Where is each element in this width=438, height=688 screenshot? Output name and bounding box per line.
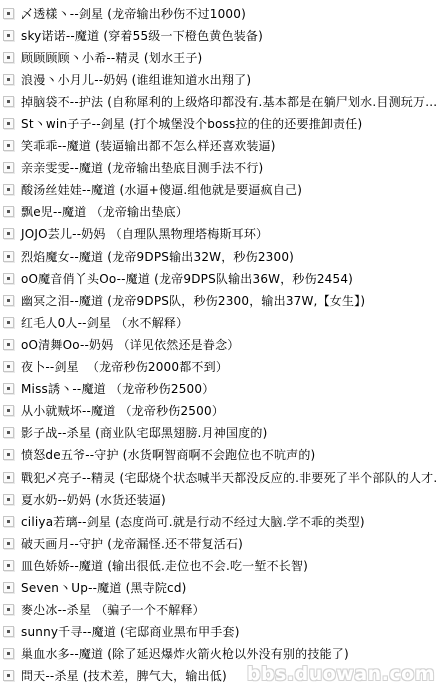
- bullet-dot: [7, 674, 10, 677]
- list-bullet-icon: [3, 8, 14, 19]
- list-bullet-icon: [3, 273, 14, 284]
- list-bullet-icon: [3, 383, 14, 394]
- list-bullet-icon: [3, 538, 14, 549]
- bullet-dot: [7, 299, 10, 302]
- list-bullet-icon: [3, 670, 14, 681]
- list-item-text: 幽冥之泪--魔道 (龙帝9DPS队，秒伤2300，输出37W,【女生】): [21, 292, 365, 309]
- list-bullet-icon: [3, 30, 14, 41]
- list-bullet-icon: [3, 118, 14, 129]
- list-item-text: 戰犯乄亮子--精灵 (宅邸烧个状态喊半天都没反应的.非要死了半个部队的人才...: [21, 469, 438, 486]
- list-item-text: 皿色娇娇--魔道 (输出很低.走位也不会.吃一堑不长智): [21, 557, 308, 574]
- list-bullet-icon: [3, 74, 14, 85]
- bullet-dot: [7, 100, 10, 103]
- list-bullet-icon: [3, 427, 14, 438]
- list-bullet-icon: [3, 648, 14, 659]
- bullet-dot: [7, 652, 10, 655]
- bullet-dot: [7, 498, 10, 501]
- bullet-dot: [7, 232, 10, 235]
- bullet-dot: [7, 188, 10, 191]
- player-list: 乄透樣丶--剑星 (龙帝输出秒伤不过1000) sky诺诺--魔道 (穿着55级…: [0, 0, 438, 687]
- list-item-text: 問天--杀星 (技术差，脾气大，输出低): [21, 667, 227, 684]
- list-bullet-icon: [3, 251, 14, 262]
- list-item: 乄透樣丶--剑星 (龙帝输出秒伤不过1000): [0, 2, 438, 24]
- bullet-dot: [7, 431, 10, 434]
- list-item-text: 酸汤丝娃娃--魔道 (水逼+傻逼.组他就是要逼疯自己): [21, 181, 302, 198]
- list-item: sunny千寻--魔道 (宅邸商业黑布甲手套): [0, 621, 438, 643]
- list-item: ciliya若璃--剑星 (态度尚可.就是行动不经过大脑.学不乖的类型): [0, 510, 438, 532]
- list-bullet-icon: [3, 162, 14, 173]
- list-item: St丶win子子--剑星 (打个城堡没个boss拉的住的还要推卸责任): [0, 112, 438, 134]
- list-bullet-icon: [3, 582, 14, 593]
- list-item: 麥尐冰--杀星 （骗子一个不解释）: [0, 599, 438, 621]
- list-item-text: oO清舞Oo--奶妈 （详见依然还是眷念）: [21, 336, 239, 353]
- bullet-dot: [7, 608, 10, 611]
- list-bullet-icon: [3, 494, 14, 505]
- list-item-text: Miss誘丶--魔道 （龙帝秒伤2500）: [21, 380, 214, 397]
- bullet-dot: [7, 34, 10, 37]
- list-item-text: 飘e児--魔道 （龙帝输出垫底）: [21, 203, 188, 220]
- list-item-text: sunny千寻--魔道 (宅邸商业黑布甲手套): [21, 623, 240, 640]
- list-item: JOJO芸儿--奶妈 （自理队黑物理塔梅斯耳环）: [0, 223, 438, 245]
- list-bullet-icon: [3, 184, 14, 195]
- list-item: 浪漫丶小月儿--奶妈 (谁组谁知道水出翔了): [0, 68, 438, 90]
- list-item: 掉脑袋不--护法 (自称犀利的上级烙印都没有.基本都是在躺尸划水.目测玩万...: [0, 90, 438, 112]
- bullet-dot: [7, 78, 10, 81]
- list-item-text: JOJO芸儿--奶妈 （自理队黑物理塔梅斯耳环）: [21, 225, 268, 242]
- list-bullet-icon: [3, 361, 14, 372]
- list-item: 夏水奶--奶妈 (水货还装逼): [0, 488, 438, 510]
- bullet-dot: [7, 630, 10, 633]
- list-item-text: 愤怒de五爷--守护 (水货啊智商啊不会跑位也不吭声的): [21, 446, 315, 463]
- list-bullet-icon: [3, 604, 14, 615]
- bullet-dot: [7, 409, 10, 412]
- list-item-text: 烈焰魔女--魔道 (龙帝9DPS输出32W，秒伤2300): [21, 248, 294, 265]
- list-bullet-icon: [3, 626, 14, 637]
- list-item-text: 从小就贼坏--魔道 （龙帝秒伤2500）: [21, 402, 224, 419]
- list-item: 从小就贼坏--魔道 （龙帝秒伤2500）: [0, 400, 438, 422]
- list-bullet-icon: [3, 449, 14, 460]
- list-item: sky诺诺--魔道 (穿着55级一下橙色黄色装备): [0, 24, 438, 46]
- list-item: Seven丶Up--魔道 (黑寺院cd): [0, 576, 438, 598]
- list-item-text: 影子战--杀星 (商业队宅邸黑翅膀.月神国度的): [21, 424, 267, 441]
- list-item: 幽冥之泪--魔道 (龙帝9DPS队，秒伤2300，输出37W,【女生】): [0, 289, 438, 311]
- list-bullet-icon: [3, 140, 14, 151]
- list-bullet-icon: [3, 560, 14, 571]
- list-item-text: St丶win子子--剑星 (打个城堡没个boss拉的住的还要推卸责任): [21, 115, 362, 132]
- list-item: 亲亲雯雯--魔道 (龙帝输出垫底目测手法不行): [0, 157, 438, 179]
- list-item: 影子战--杀星 (商业队宅邸黑翅膀.月神国度的): [0, 422, 438, 444]
- bullet-dot: [7, 542, 10, 545]
- bullet-dot: [7, 365, 10, 368]
- list-item-text: 巢血水多--魔道 (除了延迟爆炸火箭火枪以外没有别的技能了): [21, 645, 349, 662]
- list-bullet-icon: [3, 52, 14, 63]
- list-item: 皿色娇娇--魔道 (输出很低.走位也不会.吃一堑不长智): [0, 554, 438, 576]
- list-item: oO魔音俏丫头Oo--魔道 (龙帝9DPS队输出36W，秒伤2454): [0, 267, 438, 289]
- list-item: 酸汤丝娃娃--魔道 (水逼+傻逼.组他就是要逼疯自己): [0, 179, 438, 201]
- list-item: 红毛人0人--剑星 （水不解释）: [0, 311, 438, 333]
- bullet-dot: [7, 476, 10, 479]
- list-item: Miss誘丶--魔道 （龙帝秒伤2500）: [0, 378, 438, 400]
- list-bullet-icon: [3, 317, 14, 328]
- list-item-text: 笑乖乖--魔道 (装逼输出都不怎么样还喜欢装逼): [21, 137, 276, 154]
- bullet-dot: [7, 586, 10, 589]
- list-bullet-icon: [3, 206, 14, 217]
- bullet-dot: [7, 520, 10, 523]
- bullet-dot: [7, 210, 10, 213]
- site-watermark: bbs.duowan.com: [247, 663, 435, 685]
- list-item-text: 夏水奶--奶妈 (水货还装逼): [21, 491, 166, 508]
- bullet-dot: [7, 387, 10, 390]
- bullet-dot: [7, 144, 10, 147]
- list-item-text: 麥尐冰--杀星 （骗子一个不解释）: [21, 601, 205, 618]
- list-item-text: Seven丶Up--魔道 (黑寺院cd): [21, 579, 187, 596]
- list-item-text: ciliya若璃--剑星 (态度尚可.就是行动不经过大脑.学不乖的类型): [21, 513, 365, 530]
- bullet-dot: [7, 453, 10, 456]
- bullet-dot: [7, 277, 10, 280]
- bullet-dot: [7, 166, 10, 169]
- list-bullet-icon: [3, 96, 14, 107]
- list-item: oO清舞Oo--奶妈 （详见依然还是眷念）: [0, 333, 438, 355]
- list-item-text: 顾顾顾顾丶小希--精灵 (划水王子): [21, 49, 202, 66]
- list-item: 飘e児--魔道 （龙帝输出垫底）: [0, 201, 438, 223]
- list-item-text: 乄透樣丶--剑星 (龙帝输出秒伤不过1000): [21, 5, 246, 22]
- list-item-text: 掉脑袋不--护法 (自称犀利的上级烙印都没有.基本都是在躺尸划水.目测玩万...: [21, 93, 437, 110]
- list-item: 巢血水多--魔道 (除了延迟爆炸火箭火枪以外没有别的技能了): [0, 643, 438, 665]
- list-bullet-icon: [3, 295, 14, 306]
- list-item-text: oO魔音俏丫头Oo--魔道 (龙帝9DPS队输出36W，秒伤2454): [21, 270, 353, 287]
- list-item-text: sky诺诺--魔道 (穿着55级一下橙色黄色装备): [21, 27, 263, 44]
- list-item-text: 亲亲雯雯--魔道 (龙帝输出垫底目测手法不行): [21, 159, 263, 176]
- bullet-dot: [7, 122, 10, 125]
- list-item: 夜卜--剑星 （龙帝秒伤2000都不到）: [0, 356, 438, 378]
- list-item: 烈焰魔女--魔道 (龙帝9DPS输出32W，秒伤2300): [0, 245, 438, 267]
- bullet-dot: [7, 255, 10, 258]
- bullet-dot: [7, 564, 10, 567]
- list-item: 戰犯乄亮子--精灵 (宅邸烧个状态喊半天都没反应的.非要死了半个部队的人才...: [0, 466, 438, 488]
- list-bullet-icon: [3, 228, 14, 239]
- list-bullet-icon: [3, 472, 14, 483]
- list-item: 顾顾顾顾丶小希--精灵 (划水王子): [0, 46, 438, 68]
- bullet-dot: [7, 12, 10, 15]
- list-item: 愤怒de五爷--守护 (水货啊智商啊不会跑位也不吭声的): [0, 444, 438, 466]
- bullet-dot: [7, 343, 10, 346]
- list-item-text: 夜卜--剑星 （龙帝秒伤2000都不到）: [21, 358, 228, 375]
- list-item: 破天画月--守护 (龙帝漏怪.还不带复活石): [0, 532, 438, 554]
- list-item-text: 红毛人0人--剑星 （水不解释）: [21, 314, 188, 331]
- list-bullet-icon: [3, 405, 14, 416]
- bullet-dot: [7, 321, 10, 324]
- list-item-text: 破天画月--守护 (龙帝漏怪.还不带复活石): [21, 535, 243, 552]
- list-item: 笑乖乖--魔道 (装逼输出都不怎么样还喜欢装逼): [0, 135, 438, 157]
- bullet-dot: [7, 56, 10, 59]
- list-bullet-icon: [3, 516, 14, 527]
- list-item-text: 浪漫丶小月儿--奶妈 (谁组谁知道水出翔了): [21, 71, 251, 88]
- list-bullet-icon: [3, 339, 14, 350]
